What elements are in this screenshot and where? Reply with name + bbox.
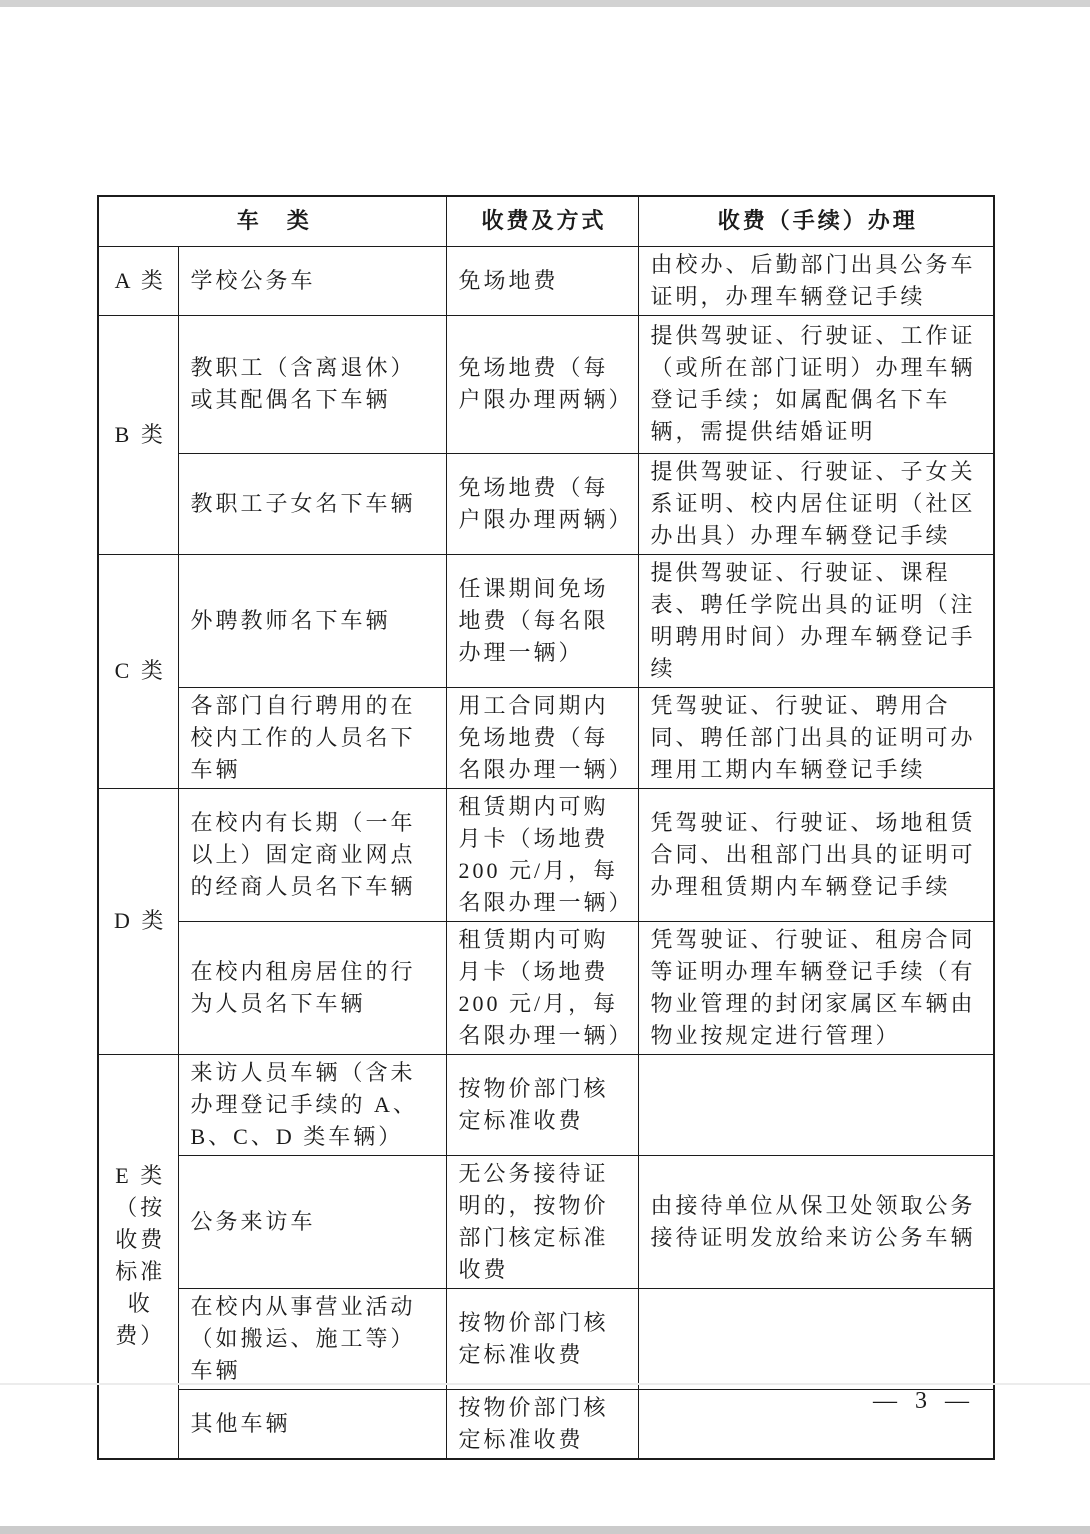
table-row-a1: A 类 学校公务车 免场地费 由校办、后勤部门出具公务车证明，办理车辆登记手续 xyxy=(98,246,994,315)
table-row-e3: 在校内从事营业活动（如搬运、施工等）车辆 按物价部门核定标准收费 xyxy=(98,1288,994,1389)
fee-cell: 按物价部门核定标准收费 xyxy=(446,1288,638,1389)
scan-artifact-line xyxy=(0,1383,1090,1385)
procedure-cell xyxy=(638,1054,994,1155)
scan-edge-top xyxy=(0,0,1090,7)
fee-cell: 无公务接待证明的，按物价部门核定标准收费 xyxy=(446,1155,638,1288)
vehicle-desc-cell: 教职工（含离退休）或其配偶名下车辆 xyxy=(178,315,446,453)
category-label-d: D 类 xyxy=(98,788,178,1054)
header-row: 车 类 收费及方式 收费（手续）办理 xyxy=(98,196,994,246)
fee-cell: 免场地费 xyxy=(446,246,638,315)
procedure-cell: 提供驾驶证、行驶证、课程表、聘任学院出具的证明（注明聘用时间）办理车辆登记手续 xyxy=(638,554,994,687)
table-row-b1: B 类 教职工（含离退休）或其配偶名下车辆 免场地费（每户限办理两辆） 提供驾驶… xyxy=(98,315,994,453)
table-row-c1: C 类 外聘教师名下车辆 任课期间免场地费（每名限办理一辆） 提供驾驶证、行驶证… xyxy=(98,554,994,687)
category-label-a: A 类 xyxy=(98,246,178,315)
vehicle-desc-cell: 在校内从事营业活动（如搬运、施工等）车辆 xyxy=(178,1288,446,1389)
vehicle-desc-cell: 在校内租房居住的行为人员名下车辆 xyxy=(178,921,446,1054)
procedure-cell: 凭驾驶证、行驶证、聘用合同、聘任部门出具的证明可办理用工期内车辆登记手续 xyxy=(638,687,994,788)
procedure-cell xyxy=(638,1288,994,1389)
fee-table: 车 类 收费及方式 收费（手续）办理 A 类 学校公务车 免场地费 由校办、后勤… xyxy=(97,195,995,1460)
vehicle-desc-cell: 各部门自行聘用的在校内工作的人员名下车辆 xyxy=(178,687,446,788)
vehicle-desc-cell: 外聘教师名下车辆 xyxy=(178,554,446,687)
table-row-e2: 公务来访车 无公务接待证明的，按物价部门核定标准收费 由接待单位从保卫处领取公务… xyxy=(98,1155,994,1288)
procedure-cell: 由校办、后勤部门出具公务车证明，办理车辆登记手续 xyxy=(638,246,994,315)
vehicle-desc-cell: 公务来访车 xyxy=(178,1155,446,1288)
vehicle-desc-cell: 教职工子女名下车辆 xyxy=(178,453,446,554)
fee-cell: 按物价部门核定标准收费 xyxy=(446,1389,638,1459)
procedure-cell: 提供驾驶证、行驶证、工作证（或所在部门证明）办理车辆登记手续；如属配偶名下车辆，… xyxy=(638,315,994,453)
header-fee-procedure: 收费（手续）办理 xyxy=(638,196,994,246)
procedure-cell: 凭驾驶证、行驶证、场地租赁合同、出租部门出具的证明可办理租赁期内车辆登记手续 xyxy=(638,788,994,921)
scan-edge-bottom xyxy=(0,1526,1090,1534)
fee-cell: 租赁期内可购月卡（场地费 200 元/月，每名限办理一辆） xyxy=(446,788,638,921)
table-row-c2: 各部门自行聘用的在校内工作的人员名下车辆 用工合同期内免场地费（每名限办理一辆）… xyxy=(98,687,994,788)
table-row-b2: 教职工子女名下车辆 免场地费（每户限办理两辆） 提供驾驶证、行驶证、子女关系证明… xyxy=(98,453,994,554)
procedure-cell: 提供驾驶证、行驶证、子女关系证明、校内居住证明（社区办出具）办理车辆登记手续 xyxy=(638,453,994,554)
fee-cell: 用工合同期内免场地费（每名限办理一辆） xyxy=(446,687,638,788)
table-row-d1: D 类 在校内有长期（一年以上）固定商业网点的经商人员名下车辆 租赁期内可购月卡… xyxy=(98,788,994,921)
document-page: 车 类 收费及方式 收费（手续）办理 A 类 学校公务车 免场地费 由校办、后勤… xyxy=(0,0,1090,1534)
vehicle-desc-cell: 学校公务车 xyxy=(178,246,446,315)
table-row-e1: E 类（按收费标准收费） 来访人员车辆（含未办理登记手续的 A、B、C、D 类车… xyxy=(98,1054,994,1155)
category-label-e: E 类（按收费标准收费） xyxy=(98,1054,178,1459)
fee-cell: 免场地费（每户限办理两辆） xyxy=(446,315,638,453)
page-number: — 3 — xyxy=(873,1388,975,1415)
category-label-c: C 类 xyxy=(98,554,178,788)
header-fee-method: 收费及方式 xyxy=(446,196,638,246)
fee-cell: 租赁期内可购月卡（场地费 200 元/月，每名限办理一辆） xyxy=(446,921,638,1054)
header-vehicle-class: 车 类 xyxy=(98,196,446,246)
fee-cell: 免场地费（每户限办理两辆） xyxy=(446,453,638,554)
fee-cell: 任课期间免场地费（每名限办理一辆） xyxy=(446,554,638,687)
category-label-b: B 类 xyxy=(98,315,178,554)
vehicle-desc-cell: 在校内有长期（一年以上）固定商业网点的经商人员名下车辆 xyxy=(178,788,446,921)
vehicle-desc-cell: 来访人员车辆（含未办理登记手续的 A、B、C、D 类车辆） xyxy=(178,1054,446,1155)
fee-cell: 按物价部门核定标准收费 xyxy=(446,1054,638,1155)
table-row-e4: 其他车辆 按物价部门核定标准收费 xyxy=(98,1389,994,1459)
procedure-cell: 凭驾驶证、行驶证、租房合同等证明办理车辆登记手续（有物业管理的封闭家属区车辆由物… xyxy=(638,921,994,1054)
vehicle-desc-cell: 其他车辆 xyxy=(178,1389,446,1459)
table-row-d2: 在校内租房居住的行为人员名下车辆 租赁期内可购月卡（场地费 200 元/月，每名… xyxy=(98,921,994,1054)
procedure-cell: 由接待单位从保卫处领取公务接待证明发放给来访公务车辆 xyxy=(638,1155,994,1288)
